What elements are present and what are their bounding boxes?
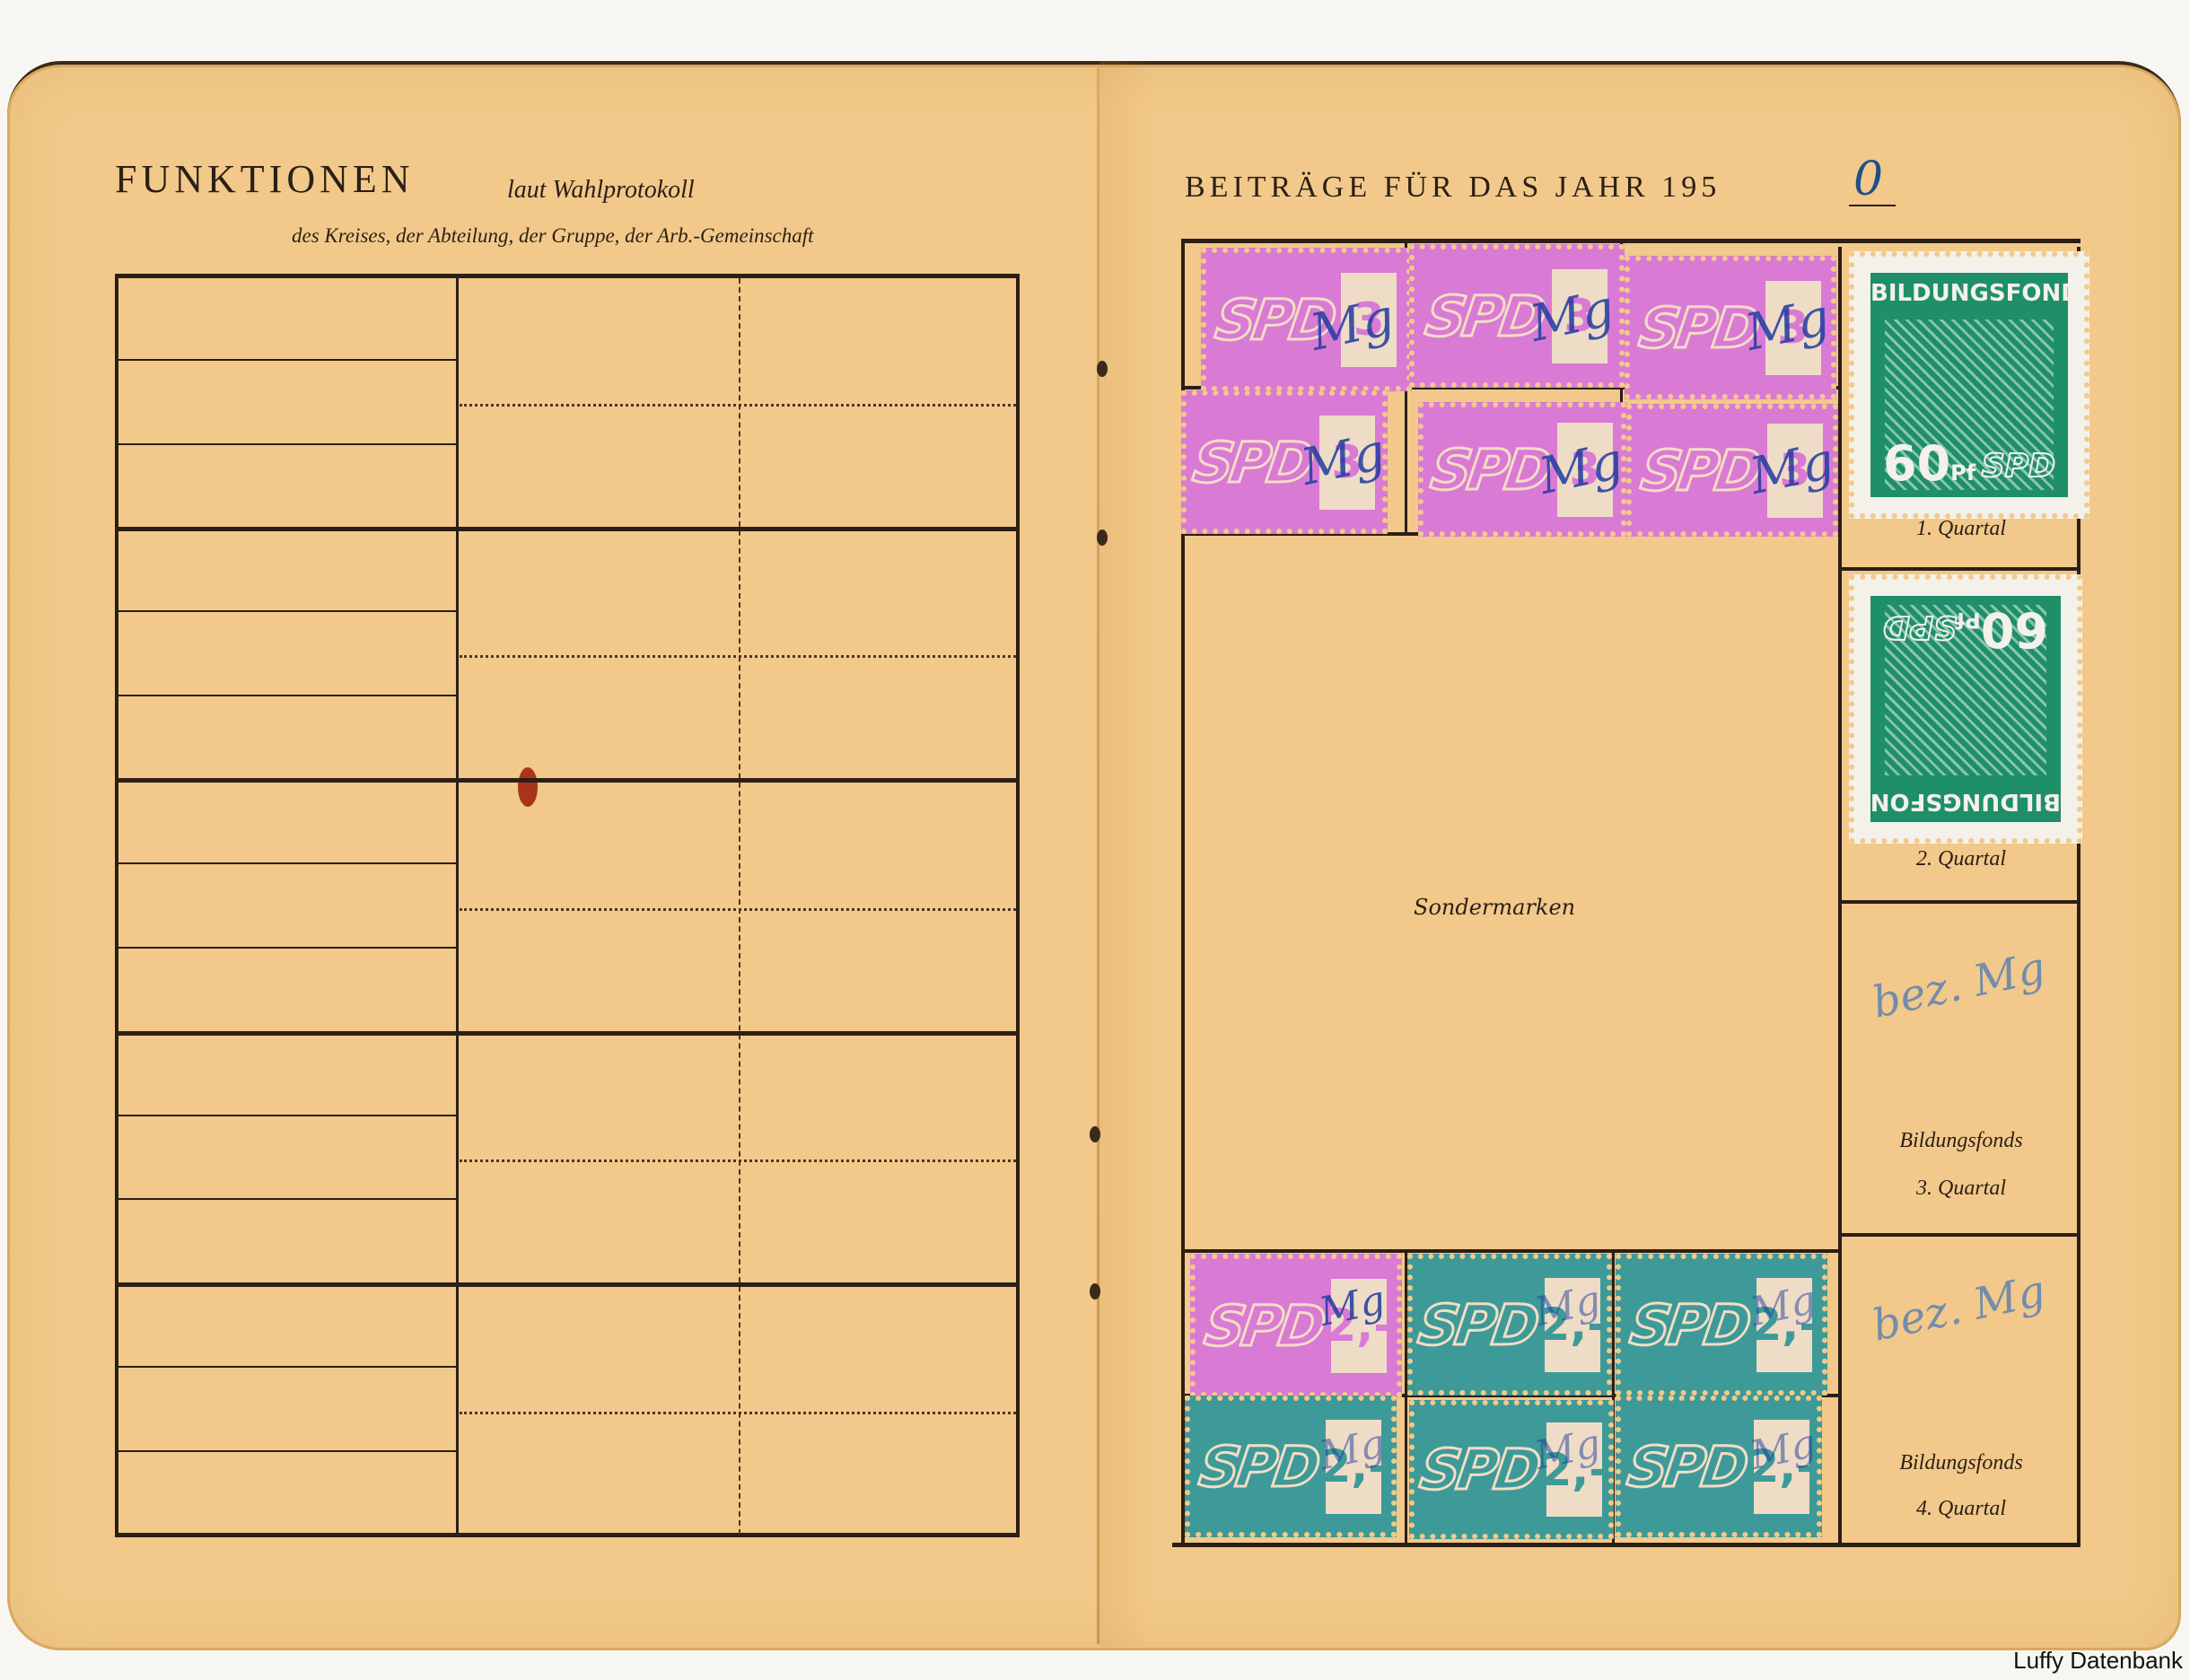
dotted-row-line [460,908,1016,911]
table-border-right [1016,274,1020,1537]
dotted-row-line [460,1412,1016,1414]
quartal-label-2: 2. Quartal [1842,847,2080,871]
grid-border-top [1183,239,2080,243]
row-line [118,1450,456,1452]
row-line [118,862,456,864]
quartal-label-4: 4. Quartal [1842,1497,2080,1521]
spd-logo: SPD [1982,448,2055,485]
year-underline [1849,205,1896,206]
table-dotted-column [739,278,740,1535]
special-stamps-label: Sondermarken [1414,895,1575,920]
row-line [118,695,456,696]
spd-logo: SPD [1416,1437,1542,1502]
spd-logo: SPD [1427,437,1553,503]
table-column-divider [456,278,459,1535]
staple-hole [1090,1126,1100,1142]
row-line [118,947,456,949]
quartal-label-3: 3. Quartal [1842,1177,2080,1201]
bildungsfonds-stamp-q1: BILDUNGSFONDS 60Pf SPD [1849,251,2089,519]
spd-logo: SPD [1637,438,1763,503]
page-title-beitraege: BEITRÄGE FÜR DAS JAHR 195 [1185,171,1721,205]
row-line [118,1366,456,1368]
staple-hole [1097,361,1108,377]
spd-logo: SPD [1624,1434,1749,1500]
page-title-funktionen: FUNKTIONEN [115,156,415,202]
row-line [118,1198,456,1200]
table-border-left [115,274,118,1537]
stamp-value-number: 60 [1981,601,2048,658]
stamp-value-unit: Pf [1950,460,1975,486]
group-separator [117,1282,1018,1287]
quartal-row-line [1840,900,2080,904]
table-border-top [115,274,1020,278]
table-border-bottom [115,1533,1020,1537]
staple-hole [1090,1283,1100,1299]
stamp-row-line [1183,1249,1840,1253]
dotted-row-line [460,404,1016,407]
stamp-title: BILDUNGSFONDS [1870,788,2061,815]
quartal-row-line [1840,567,2080,571]
spd-logo: SPD [1196,1434,1321,1500]
ink-stain [518,767,538,807]
dotted-row-line [460,1159,1016,1162]
handwritten-year-digit: 0 [1853,153,1883,206]
title-suffix: laut Wahlprotokoll [507,176,695,205]
stamp-value: 60Pf [1956,601,2048,658]
fund-label-3: Bildungsfonds [1842,1129,2080,1153]
quartal-label-1: 1. Quartal [1842,517,2080,541]
spd-logo: SPD [1201,1293,1327,1359]
group-separator [117,1031,1018,1036]
group-separator [117,527,1018,531]
bildungsfonds-stamp-q2: BILDUNGSFONDS 60Pf SPD [1849,574,2082,844]
quartal-column-divider [1838,247,1842,1546]
fund-label-4: Bildungsfonds [1842,1451,2080,1475]
staple-hole [1097,529,1108,546]
stamp-title: BILDUNGSFONDS [1870,280,2068,307]
spd-logo: SPD [1626,1292,1752,1358]
stamp-value: 60Pf [1883,435,1975,492]
page-subtitle: des Kreises, der Abteilung, der Gruppe, … [292,224,814,248]
watermark: Luffy Datenbank [2013,1647,2183,1675]
row-line [118,1115,456,1116]
stamp-value-number: 60 [1883,435,1950,492]
row-line [118,443,456,445]
row-line [118,610,456,612]
row-line [118,359,456,361]
grid-border-bottom [1172,1543,2080,1547]
booklet-spine [1097,65,1099,1644]
stamp-value-unit: Pf [1956,608,1981,633]
quartal-row-line [1840,1233,2080,1237]
dotted-row-line [460,655,1016,658]
spd-logo: SPD [1415,1292,1540,1358]
group-separator [117,778,1018,783]
spd-logo: SPD [1883,608,1957,645]
